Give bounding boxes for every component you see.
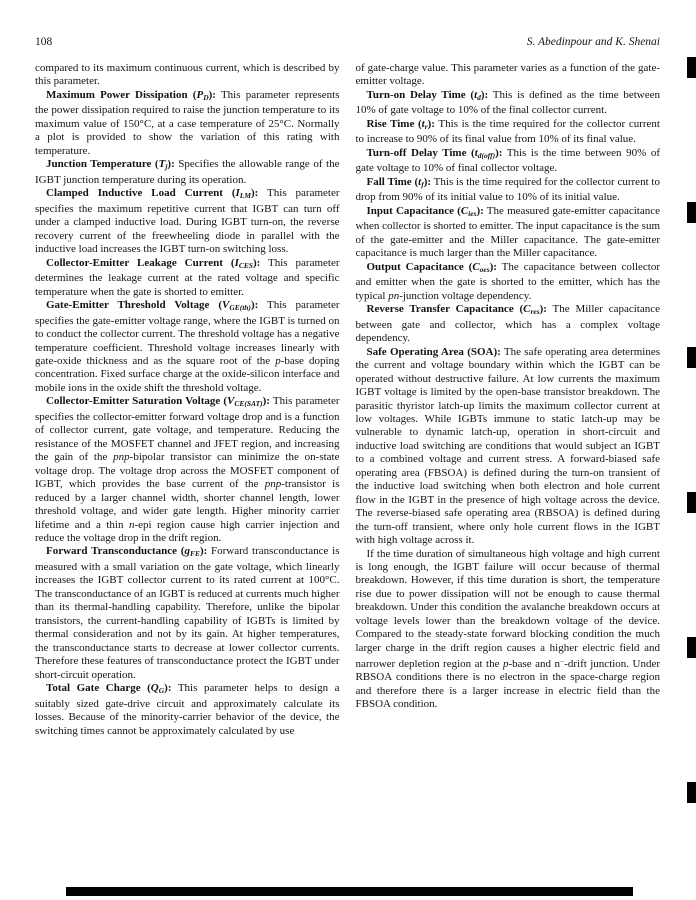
- paragraph: Junction Temperature (Tj): Specifies the…: [35, 158, 340, 187]
- paragraph: Forward Transconductance (gFE): Forward …: [35, 545, 340, 682]
- two-column-body: compared to its maximum continuous curre…: [35, 62, 660, 738]
- text-segment: ):: [490, 261, 497, 273]
- text-segment: ):: [167, 158, 174, 170]
- text-segment: If the time duration of simultaneous hig…: [356, 548, 661, 670]
- text-segment: C: [472, 261, 479, 273]
- text-segment: pnp: [113, 451, 130, 463]
- text-segment: Clamped Inductive Load Current (: [46, 187, 236, 199]
- text-segment: Collector-Emitter Leakage Current (: [46, 257, 235, 269]
- text-segment: d(off): [478, 151, 495, 160]
- text-segment: Output Capacitance (: [367, 261, 473, 273]
- paragraph: Rise Time (tr): This is the time require…: [356, 118, 661, 147]
- text-segment: ):: [428, 118, 435, 130]
- paragraph: Collector-Emitter Saturation Voltage (VC…: [35, 395, 340, 545]
- text-segment: Total Gate Charge (: [46, 682, 151, 694]
- text-segment: ):: [263, 395, 270, 407]
- text-segment: Maximum Power Dissipation (: [46, 89, 196, 101]
- paragraph: compared to its maximum continuous curre…: [35, 62, 340, 89]
- text-segment: of gate-charge value. This parameter var…: [356, 62, 661, 87]
- paragraph: Gate-Emitter Threshold Voltage (VGE(th))…: [35, 299, 340, 395]
- text-segment: res: [531, 307, 540, 316]
- running-head-authors: S. Abedinpour and K. Shenai: [527, 36, 660, 48]
- paragraph: Safe Operating Area (SOA): The safe oper…: [356, 346, 661, 548]
- paragraph: If the time duration of simultaneous hig…: [356, 548, 661, 712]
- scan-edge-mark: [687, 347, 696, 368]
- text-segment: Fall Time (: [367, 176, 419, 188]
- text-segment: oes: [480, 265, 490, 274]
- text-segment: Junction Temperature (: [46, 158, 159, 170]
- text-segment: CE(SAT): [234, 399, 262, 408]
- paragraph: Turn-on Delay Time (td): This is defined…: [356, 89, 661, 118]
- paragraph: Turn-off Delay Time (td(off)): This is t…: [356, 147, 661, 176]
- text-segment: -base and n: [508, 658, 560, 670]
- scan-edge-mark: [687, 492, 696, 513]
- scan-edge-mark: [687, 202, 696, 223]
- text-segment: pnp: [265, 478, 282, 490]
- paragraph: Total Gate Charge (QG): This parameter h…: [35, 682, 340, 738]
- left-column: compared to its maximum continuous curre…: [35, 62, 340, 738]
- text-segment: -junction voltage dependency.: [399, 290, 531, 302]
- document-page: 108 S. Abedinpour and K. Shenai compared…: [0, 0, 696, 900]
- right-column: of gate-charge value. This parameter var…: [356, 62, 661, 738]
- text-segment: CES: [239, 261, 253, 270]
- text-segment: ):: [540, 303, 547, 315]
- text-segment: Safe Operating Area (SOA):: [367, 346, 501, 358]
- paragraph: Input Capacitance (Cies): The measured g…: [356, 205, 661, 261]
- text-segment: Gate-Emitter Threshold Voltage (: [46, 299, 222, 311]
- paragraph: Output Capacitance (Coes): The capacitan…: [356, 261, 661, 303]
- text-segment: ):: [424, 176, 431, 188]
- text-segment: Forward transconductance is measured wit…: [35, 545, 340, 680]
- text-segment: Collector-Emitter Saturation Voltage (: [46, 395, 227, 407]
- text-segment: pn: [388, 290, 399, 302]
- text-segment: ies: [468, 209, 476, 218]
- paragraph: Fall Time (tf): This is the time require…: [356, 176, 661, 205]
- text-segment: compared to its maximum continuous curre…: [35, 62, 340, 87]
- scan-edge-mark: [687, 57, 696, 78]
- text-segment: The safe operating area determines the c…: [356, 346, 661, 546]
- text-segment: Forward Transconductance (: [46, 545, 184, 557]
- text-segment: Turn-on Delay Time (: [367, 89, 475, 101]
- paragraph: Maximum Power Dissipation (PD): This par…: [35, 89, 340, 158]
- text-segment: C: [523, 303, 530, 315]
- text-segment: Input Capacitance (: [367, 205, 461, 217]
- scan-edge-mark: [687, 782, 696, 803]
- text-segment: Q: [151, 682, 159, 694]
- paragraph: of gate-charge value. This parameter var…: [356, 62, 661, 89]
- text-segment: FE: [190, 550, 200, 559]
- text-segment: GE(th): [229, 303, 251, 312]
- text-segment: ):: [477, 205, 484, 217]
- running-head: 108 S. Abedinpour and K. Shenai: [35, 36, 660, 48]
- paragraph: Reverse Transfer Capacitance (Cres): The…: [356, 303, 661, 345]
- text-segment: Turn-off Delay Time (: [367, 147, 475, 159]
- text-segment: Reverse Transfer Capacitance (: [367, 303, 524, 315]
- scan-edge-mark: [687, 637, 696, 658]
- paragraph: Collector-Emitter Leakage Current (ICES)…: [35, 257, 340, 299]
- text-segment: LM: [240, 191, 251, 200]
- paragraph: Clamped Inductive Load Current (ILM): Th…: [35, 187, 340, 256]
- scan-bottom-bar: [66, 887, 633, 896]
- text-segment: ):: [209, 89, 216, 101]
- text-segment: Rise Time (: [367, 118, 422, 130]
- page-number: 108: [35, 36, 52, 48]
